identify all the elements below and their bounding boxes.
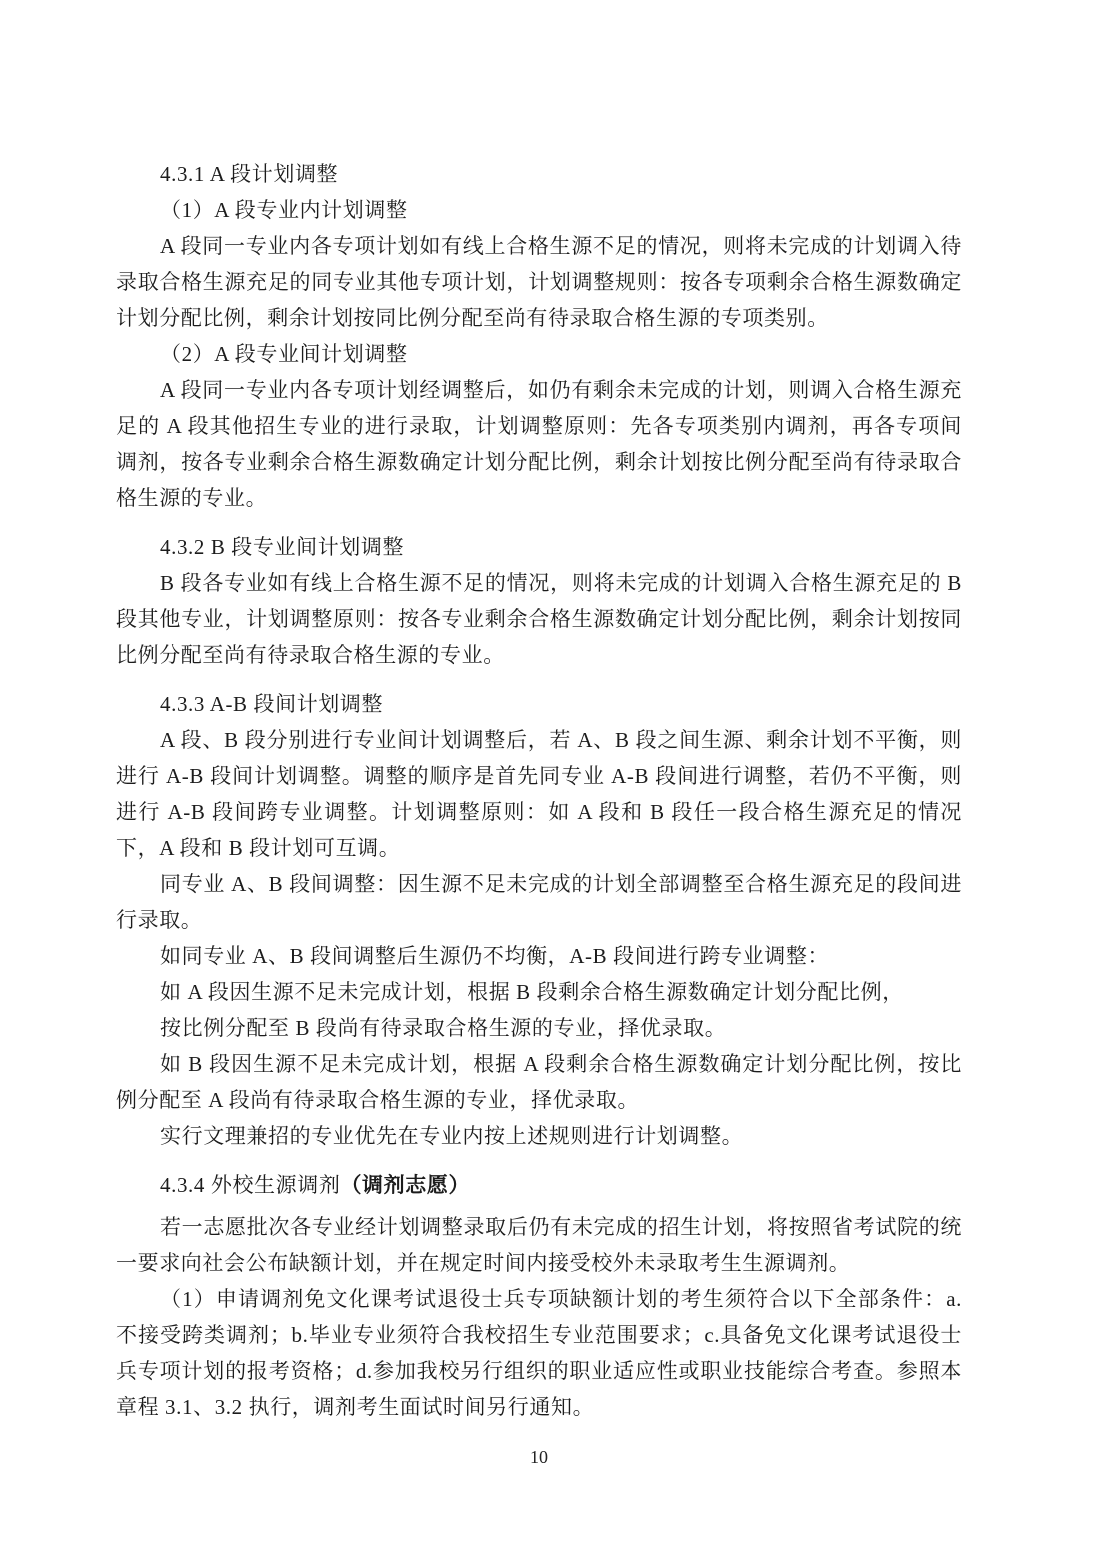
heading-text: 4.3.4 外校生源调剂 bbox=[160, 1173, 340, 1197]
paragraph-same-major-ab-adjustment: 同专业 A、B 段间调整：因生源不足未完成的计划全部调整至合格生源充足的段间进行… bbox=[116, 866, 962, 938]
heading-bold-suffix: （调剂志愿） bbox=[340, 1173, 470, 1197]
subheading-a-section-inter-major: （2）A 段专业间计划调整 bbox=[116, 336, 962, 372]
section-heading-4-3-1: 4.3.1 A 段计划调整 bbox=[116, 156, 962, 192]
paragraph-b-section-shortage-rule: 如 B 段因生源不足未完成计划，根据 A 段剩余合格生源数确定计划分配比例，按比… bbox=[116, 1046, 962, 1118]
document-page: 4.3.1 A 段计划调整 （1）A 段专业内计划调整 A 段同一专业内各专项计… bbox=[0, 0, 1102, 1559]
section-heading-4-3-3: 4.3.3 A-B 段间计划调整 bbox=[116, 686, 962, 722]
paragraph-a-section-intra-major-rules: A 段同一专业内各专项计划如有线上合格生源不足的情况，则将未完成的计划调入待录取… bbox=[116, 228, 962, 336]
paragraph-a-section-inter-major-rules: A 段同一专业内各专项计划经调整后，如仍有剩余未完成的计划，则调入合格生源充足的… bbox=[116, 372, 962, 516]
paragraph-cross-major-adjustment-intro: 如同专业 A、B 段间调整后生源仍不均衡，A-B 段间进行跨专业调整： bbox=[116, 938, 962, 974]
document-body: 4.3.1 A 段计划调整 （1）A 段专业内计划调整 A 段同一专业内各专项计… bbox=[116, 143, 962, 1425]
paragraph-a-section-shortage-rule: 如 A 段因生源不足未完成计划，根据 B 段剩余合格生源数确定计划分配比例， bbox=[116, 974, 962, 1010]
paragraph-arts-science-priority: 实行文理兼招的专业优先在专业内按上述规则进行计划调整。 bbox=[116, 1118, 962, 1154]
page-number: 10 bbox=[116, 1443, 962, 1471]
section-heading-4-3-4: 4.3.4 外校生源调剂（调剂志愿） bbox=[116, 1167, 962, 1203]
paragraph-ab-section-adjustment: A 段、B 段分别进行专业间计划调整后，若 A、B 段之间生源、剩余计划不平衡，… bbox=[116, 722, 962, 866]
paragraph-transfer-conditions: （1）申请调剂免文化课考试退役士兵专项缺额计划的考生须符合以下全部条件：a.不接… bbox=[116, 1281, 962, 1425]
paragraph-b-section-rules: B 段各专业如有线上合格生源不足的情况，则将未完成的计划调入合格生源充足的 B … bbox=[116, 565, 962, 673]
paragraph-allocation-to-b-section: 按比例分配至 B 段尚有待录取合格生源的专业，择优录取。 bbox=[116, 1010, 962, 1046]
paragraph-external-transfer-intro: 若一志愿批次各专业经计划调整录取后仍有未完成的招生计划，将按照省考试院的统一要求… bbox=[116, 1209, 962, 1281]
subheading-a-section-intra-major: （1）A 段专业内计划调整 bbox=[116, 192, 962, 228]
section-heading-4-3-2: 4.3.2 B 段专业间计划调整 bbox=[116, 529, 962, 565]
